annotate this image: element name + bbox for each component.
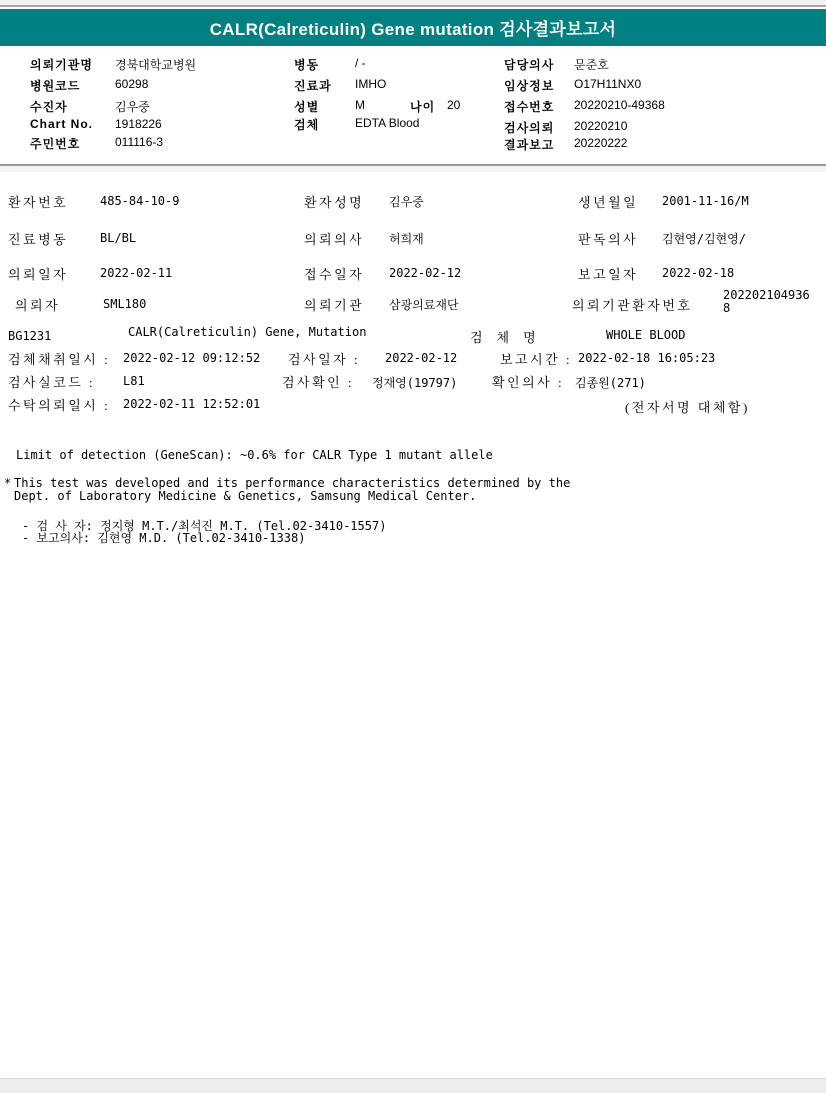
reading-doctor-value: 김현영/김현영/ xyxy=(662,230,746,247)
patient-name-label: 환자성명 xyxy=(304,192,364,211)
test-name: CALR(Calreticulin) Gene, Mutation xyxy=(128,325,366,339)
clinical-info-value: O17H11NX0 xyxy=(574,77,641,91)
report-date-value: 20220222 xyxy=(574,136,627,150)
ward-row-value: BL/BL xyxy=(100,231,136,245)
department-value: IMHO xyxy=(355,77,386,91)
disclaimer-line2: Dept. of Laboratory Medicine & Genetics,… xyxy=(14,489,476,503)
window-bottom-bar xyxy=(0,1078,826,1093)
esign-note: (전자서명 대체함) xyxy=(625,397,750,416)
accession-no-label: 접수번호 xyxy=(504,98,554,115)
report-time-label: 보고시간 : xyxy=(500,349,572,368)
request-date-row-label: 의뢰일자 xyxy=(8,264,68,283)
org-value: 경북대학교병원 xyxy=(115,56,196,73)
report-date-row-label: 보고일자 xyxy=(578,264,638,283)
reading-doctor-label: 판독의사 xyxy=(578,229,638,248)
verified-by-label: 검사확인 : xyxy=(282,372,354,391)
report-header-banner: CALR(Calreticulin) Gene mutation 검사결과보고서 xyxy=(0,9,826,46)
test-date-value: 2022-02-12 xyxy=(385,351,457,365)
disclaimer-line1: This test was developed and its performa… xyxy=(14,476,570,490)
request-date-row-value: 2022-02-11 xyxy=(100,266,172,280)
test-date-label: 검사일자 : xyxy=(288,349,360,368)
requester-value: SML180 xyxy=(103,297,146,311)
request-date-value: 20220210 xyxy=(574,119,627,133)
lab-report-page: CALR(Calreticulin) Gene mutation 검사결과보고서… xyxy=(0,0,826,1093)
doctor-value: 문준호 xyxy=(574,56,609,73)
specimen-name-label: 검 체 명 xyxy=(470,327,538,346)
patient-no-label: 환자번호 xyxy=(8,192,68,211)
request-org-value: 삼광의료재단 xyxy=(389,296,459,313)
resident-id-value: 011116-3 xyxy=(115,135,163,149)
request-org-label: 의뢰기관 xyxy=(304,295,364,314)
confirm-doctor-value: 김종원(271) xyxy=(575,374,646,391)
sex-value: M xyxy=(355,98,365,112)
specimen-type-value: EDTA Blood xyxy=(355,116,419,130)
birth-date-label: 생년월일 xyxy=(578,192,638,211)
section-divider-shade xyxy=(0,166,826,172)
request-doctor-label: 의뢰의사 xyxy=(304,229,364,248)
referred-label: 수탁의뢰일시 : xyxy=(8,395,110,414)
ward-value: / - xyxy=(355,56,366,70)
chart-no-value: 1918226 xyxy=(115,117,162,131)
specimen-type-label: 검체 xyxy=(294,116,319,133)
report-time-value: 2022-02-18 16:05:23 xyxy=(578,351,715,365)
referred-value: 2022-02-11 12:52:01 xyxy=(123,397,260,411)
patient-no-value: 485-84-10-9 xyxy=(100,194,179,208)
report-date-label: 결과보고 xyxy=(504,136,554,153)
request-date-label: 검사의뢰 xyxy=(504,119,554,136)
org-label: 의뢰기관명 xyxy=(30,56,93,73)
birth-date-value: 2001-11-16/M xyxy=(662,194,749,208)
reporter-contact: - 보고의사: 김현영 M.D. (Tel.02-3410-1338) xyxy=(22,529,305,546)
receipt-date-label: 접수일자 xyxy=(304,264,364,283)
collected-value: 2022-02-12 09:12:52 xyxy=(123,351,260,365)
test-code: BG1231 xyxy=(8,329,51,343)
resident-id-label: 주민번호 xyxy=(30,135,80,152)
confirm-doctor-label: 확인의사 : xyxy=(492,372,564,391)
hospital-code-value: 60298 xyxy=(115,77,148,91)
department-label: 진료과 xyxy=(294,77,332,94)
age-value: 20 xyxy=(447,98,460,112)
specimen-name-value: WHOLE BLOOD xyxy=(606,328,685,342)
receipt-date-value: 2022-02-12 xyxy=(389,266,461,280)
report-title: CALR(Calreticulin) Gene mutation 검사결과보고서 xyxy=(210,15,617,40)
ward-label: 병동 xyxy=(294,56,319,73)
patient-name-value: 김우중 xyxy=(389,193,424,210)
verified-by-value: 정재영(19797) xyxy=(372,374,457,391)
org-patient-no-label: 의뢰기관환자번호 xyxy=(572,295,692,314)
report-date-row-value: 2022-02-18 xyxy=(662,266,734,280)
org-patient-no-value: 2022021049368 xyxy=(723,289,815,315)
doctor-label: 담당의사 xyxy=(504,56,554,73)
request-doctor-value: 허희재 xyxy=(389,230,424,247)
lab-code-label: 검사실코드 : xyxy=(8,372,95,391)
disclaimer-marker: * xyxy=(4,476,11,490)
collected-label: 검체채취일시 : xyxy=(8,349,110,368)
sex-label: 성별 xyxy=(294,98,319,115)
window-top-strip xyxy=(0,0,826,7)
clinical-info-label: 임상정보 xyxy=(504,77,554,94)
accession-no-value: 20220210-49368 xyxy=(574,98,665,112)
chart-no-label: Chart No. xyxy=(30,117,93,131)
examinee-value: 김우중 xyxy=(115,98,150,115)
limit-of-detection-note: Limit of detection (GeneScan): ~0.6% for… xyxy=(16,448,493,462)
hospital-code-label: 병원코드 xyxy=(30,77,80,94)
ward-row-label: 진료병동 xyxy=(8,229,68,248)
requester-label: 의뢰자 xyxy=(15,295,60,314)
age-label: 나이 xyxy=(410,98,435,115)
lab-code-value: L81 xyxy=(123,374,145,388)
examinee-label: 수진자 xyxy=(30,98,68,115)
